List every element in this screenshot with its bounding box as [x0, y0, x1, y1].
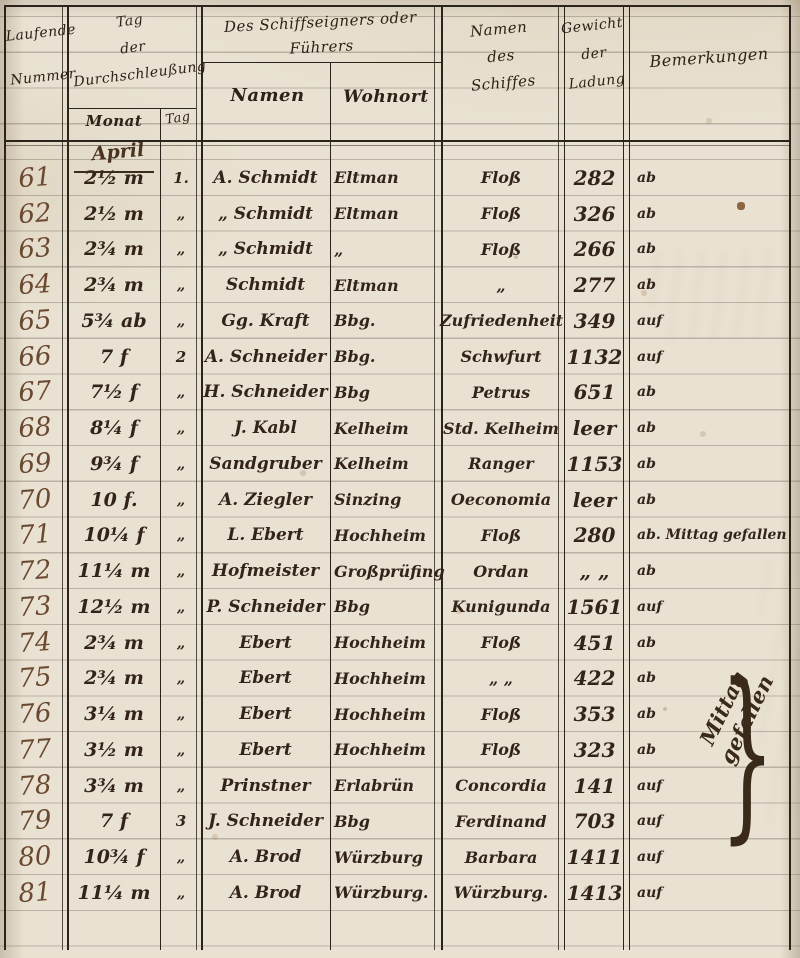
cargo-weight-cell: 651	[562, 380, 627, 404]
ship-name-cell: Floß	[440, 526, 562, 545]
time-cell: 10 f.	[65, 489, 163, 511]
day-cell: „	[163, 205, 199, 223]
table-row: 63 2¾ m „ „ Schmidt „ Floß 266 ab	[5, 232, 790, 268]
remark-cell: ab	[627, 420, 790, 436]
day-cell: „	[163, 705, 199, 723]
owner-name-cell: A. Schneider	[199, 347, 332, 367]
owner-name-cell: A. Brod	[199, 847, 332, 867]
header-bottom-line-2	[4, 145, 790, 146]
table-row: 71 10¼ f „ L. Ebert Hochheim Floß 280 ab…	[5, 518, 790, 554]
residence-cell: Würzburg.	[332, 883, 440, 902]
owner-name-cell: P. Schneider	[199, 597, 332, 617]
ship-name-cell: Std. Kelheim	[440, 419, 562, 438]
residence-cell: Kelheim	[332, 454, 440, 473]
owner-name-cell: Ebert	[199, 633, 332, 653]
residence-cell: Bbg	[332, 597, 440, 616]
column-line	[201, 5, 203, 950]
residence-cell: Eltman	[332, 204, 440, 223]
cargo-weight-cell: „ „	[562, 559, 627, 583]
row-number-cell: 67	[4, 375, 66, 409]
remark-cell: auf	[627, 885, 790, 901]
cargo-weight-cell: 277	[562, 273, 627, 297]
header-bottom-line	[4, 140, 790, 142]
cargo-weight-cell: 1132	[562, 345, 627, 369]
header-monat: Monat	[70, 112, 158, 130]
owner-name-cell: A. Ziegler	[199, 490, 332, 510]
table-row: 66 7 f 2 A. Schneider Bbg. Schwfurt 1132…	[5, 339, 790, 375]
column-line	[67, 5, 69, 950]
cargo-weight-cell: 349	[562, 309, 627, 333]
residence-cell: „	[332, 240, 440, 259]
owner-name-cell: Prinstner	[199, 776, 332, 796]
cargo-weight-cell: 282	[562, 166, 627, 190]
ship-name-cell: Concordia	[440, 776, 562, 795]
residence-cell: Hochheim	[332, 633, 440, 652]
table-rows: 61 2½ m 1. A. Schmidt Eltman Floß 282 ab…	[5, 160, 790, 911]
ship-name-cell: Floß	[440, 705, 562, 724]
residence-cell: Großprüfing	[332, 562, 440, 581]
table-border-top	[4, 5, 790, 7]
month-underline	[74, 171, 154, 173]
time-cell: 9¾ f	[65, 453, 163, 475]
row-number-cell: 74	[4, 626, 66, 660]
cargo-weight-cell: leer	[562, 488, 627, 512]
owner-name-cell: H. Schneider	[199, 382, 332, 402]
day-cell: „	[163, 634, 199, 652]
table-row: 75 2¾ m „ Ebert Hochheim „ „ 422 ab	[5, 661, 790, 697]
residence-cell: Sinzing	[332, 490, 440, 509]
ship-name-cell: Floß	[440, 204, 562, 223]
owner-group-underline	[201, 62, 441, 63]
row-number-cell: 79	[4, 804, 66, 838]
row-number-cell: 72	[4, 554, 66, 588]
remark-cell: ab	[627, 456, 790, 472]
row-number-cell: 75	[4, 661, 66, 695]
row-number-cell: 80	[4, 840, 66, 874]
table-row: 80 10¾ f „ A. Brod Würzburg Barbara 1411…	[5, 839, 790, 875]
day-cell: „	[163, 312, 199, 330]
residence-cell: Bbg.	[332, 347, 440, 366]
column-line-monat-tag	[160, 108, 161, 950]
ship-name-cell: „ „	[440, 669, 562, 688]
row-number-cell: 62	[4, 197, 66, 231]
table-row: 79 7 f 3 J. Schneider Bbg Ferdinand 703 …	[5, 804, 790, 840]
owner-name-cell: J. Schneider	[199, 811, 332, 831]
table-border-right	[789, 5, 791, 950]
residence-cell: Hochheim	[332, 669, 440, 688]
time-cell: 2½ m	[65, 203, 163, 225]
ship-name-cell: Floß	[440, 740, 562, 759]
paper-stains	[0, 0, 2, 2]
header-namen: Namen	[205, 85, 330, 106]
day-cell: „	[163, 455, 199, 473]
row-number-cell: 77	[4, 733, 66, 767]
column-line	[623, 5, 624, 950]
owner-name-cell: „ Schmidt	[199, 204, 332, 224]
header-wohnort: Wohnort	[334, 87, 438, 107]
remark-cell: ab	[627, 277, 790, 293]
owner-name-cell: Hofmeister	[199, 561, 332, 581]
table-row: 72 11¼ m „ Hofmeister Großprüfing Ordan …	[5, 553, 790, 589]
row-number-cell: 71	[4, 518, 66, 552]
time-cell: 2¾ m	[65, 274, 163, 296]
ship-name-cell: Ordan	[440, 562, 562, 581]
owner-name-cell: Ebert	[199, 668, 332, 688]
table-row: 76 3¼ m „ Ebert Hochheim Floß 353 ab	[5, 696, 790, 732]
residence-cell: Erlabrün	[332, 776, 440, 795]
day-cell: „	[163, 562, 199, 580]
time-cell: 8¼ f	[65, 417, 163, 439]
cargo-weight-cell: 1561	[562, 595, 627, 619]
time-cell: 11¼ m	[65, 560, 163, 582]
day-cell: „	[163, 526, 199, 544]
ship-name-cell: Petrus	[440, 383, 562, 402]
day-cell: 3	[163, 812, 199, 830]
remark-cell: auf	[627, 349, 790, 365]
time-cell: 2¾ m	[65, 238, 163, 260]
time-cell: 10¼ f	[65, 524, 163, 546]
row-number-cell: 76	[4, 697, 66, 731]
owner-name-cell: L. Ebert	[199, 525, 332, 545]
residence-cell: Eltman	[332, 168, 440, 187]
row-number-cell: 63	[4, 232, 66, 266]
residence-cell: Hochheim	[332, 705, 440, 724]
owner-name-cell: Ebert	[199, 740, 332, 760]
table-row: 62 2½ m „ „ Schmidt Eltman Floß 326 ab	[5, 196, 790, 232]
ledger-page: { "page": { "month_label": "April", "hea…	[0, 0, 800, 958]
row-number-cell: 73	[4, 590, 66, 624]
owner-name-cell: „ Schmidt	[199, 239, 332, 259]
remark-cell: ab	[627, 206, 790, 222]
header-namen-des-schiffes: Namen des Schiffes	[441, 11, 562, 102]
time-cell: 3¾ m	[65, 775, 163, 797]
table-row: 77 3½ m „ Ebert Hochheim Floß 323 ab	[5, 732, 790, 768]
ship-name-cell: Ranger	[440, 454, 562, 473]
time-cell: 5¾ ab	[65, 310, 163, 332]
cargo-weight-cell: 1413	[562, 881, 627, 905]
column-line	[629, 5, 630, 950]
ship-name-cell: Kunigunda	[440, 597, 562, 616]
time-cell: 11¼ m	[65, 882, 163, 904]
day-cell: „	[163, 884, 199, 902]
ship-name-cell: „	[440, 276, 562, 295]
row-number-cell: 69	[4, 447, 66, 481]
row-number-cell: 68	[4, 411, 66, 445]
remark-cell: auf	[627, 599, 790, 615]
owner-name-cell: Gg. Kraft	[199, 311, 332, 331]
day-cell: 1.	[163, 169, 199, 187]
column-line	[558, 5, 559, 950]
residence-cell: Hochheim	[332, 740, 440, 759]
row-number-cell: 70	[4, 483, 66, 517]
table-row: 69 9¾ f „ Sandgruber Kelheim Ranger 1153…	[5, 446, 790, 482]
time-cell: 7½ f	[65, 381, 163, 403]
row-number-cell: 81	[4, 876, 66, 910]
residence-cell: Bbg	[332, 812, 440, 831]
time-cell: 12½ m	[65, 596, 163, 618]
ship-name-cell: Floß	[440, 168, 562, 187]
remark-cell: ab	[627, 241, 790, 257]
ship-name-cell: Oeconomia	[440, 490, 562, 509]
cargo-weight-cell: 280	[562, 523, 627, 547]
residence-cell: Bbg.	[332, 311, 440, 330]
header-gewicht-der-ladung: Gewicht der Ladung	[560, 9, 628, 99]
margin-note-brace: }	[720, 648, 775, 863]
day-cell: „	[163, 383, 199, 401]
table-row: 81 11¼ m „ A. Brod Würzburg. Würzburg. 1…	[5, 875, 790, 911]
remark-cell: ab	[627, 563, 790, 579]
time-cell: 3¼ m	[65, 703, 163, 725]
owner-name-cell: J. Kabl	[199, 418, 332, 438]
day-cell: „	[163, 741, 199, 759]
remark-cell: ab	[627, 384, 790, 400]
ship-name-cell: Schwfurt	[440, 347, 562, 366]
owner-name-cell: A. Brod	[199, 883, 332, 903]
residence-cell: Bbg	[332, 383, 440, 402]
column-line	[441, 5, 443, 950]
table-row: 68 8¼ f „ J. Kabl Kelheim Std. Kelheim l…	[5, 410, 790, 446]
day-cell: „	[163, 777, 199, 795]
row-number-cell: 65	[4, 304, 66, 338]
column-line	[564, 5, 565, 950]
day-cell: „	[163, 669, 199, 687]
cargo-weight-cell: 1153	[562, 452, 627, 476]
time-cell: 2¾ m	[65, 632, 163, 654]
table-row: 64 2¾ m „ Schmidt Eltman „ 277 ab	[5, 267, 790, 303]
day-cell: „	[163, 240, 199, 258]
ship-name-cell: Barbara	[440, 848, 562, 867]
ship-name-cell: Zufriedenheit	[440, 311, 562, 330]
day-cell: „	[163, 419, 199, 437]
time-cell: 7 f	[65, 810, 163, 832]
table-row: 74 2¾ m „ Ebert Hochheim Floß 451 ab	[5, 625, 790, 661]
day-cell: „	[163, 848, 199, 866]
monat-tag-underline	[67, 108, 196, 109]
row-number-cell: 64	[4, 268, 66, 302]
column-line-namen-wohnort	[330, 62, 331, 950]
row-number-cell: 66	[4, 340, 66, 374]
table-border-left	[4, 5, 6, 950]
table-row: 78 3¾ m „ Prinstner Erlabrün Concordia 1…	[5, 768, 790, 804]
residence-cell: Eltman	[332, 276, 440, 295]
header-laufende-nummer: Laufende Nummer	[4, 9, 67, 102]
remark-cell: ab	[627, 170, 790, 186]
cargo-weight-cell: 422	[562, 666, 627, 690]
day-cell: „	[163, 598, 199, 616]
ship-name-cell: Würzburg.	[440, 883, 562, 902]
ship-name-cell: Ferdinand	[440, 812, 562, 831]
column-line	[434, 5, 435, 950]
day-cell: 2	[163, 348, 199, 366]
residence-cell: Hochheim	[332, 526, 440, 545]
row-number-cell: 61	[4, 161, 66, 195]
owner-name-cell: A. Schmidt	[199, 168, 332, 188]
residence-cell: Kelheim	[332, 419, 440, 438]
day-cell: „	[163, 276, 199, 294]
time-cell: 2¾ m	[65, 667, 163, 689]
cargo-weight-cell: 353	[562, 702, 627, 726]
remark-cell: ab	[627, 492, 790, 508]
residence-cell: Würzburg	[332, 848, 440, 867]
table-row: 61 2½ m 1. A. Schmidt Eltman Floß 282 ab	[5, 160, 790, 196]
day-cell: „	[163, 491, 199, 509]
cargo-weight-cell: leer	[562, 416, 627, 440]
owner-name-cell: Ebert	[199, 704, 332, 724]
ship-name-cell: Floß	[440, 240, 562, 259]
owner-name-cell: Sandgruber	[199, 454, 332, 474]
time-cell: 7 f	[65, 346, 163, 368]
cargo-weight-cell: 323	[562, 738, 627, 762]
table-row: 70 10 f. „ A. Ziegler Sinzing Oeconomia …	[5, 482, 790, 518]
remark-cell: auf	[627, 313, 790, 329]
cargo-weight-cell: 1411	[562, 845, 627, 869]
time-cell: 3½ m	[65, 739, 163, 761]
column-line	[62, 5, 63, 950]
table-row: 67 7½ f „ H. Schneider Bbg Petrus 651 ab	[5, 375, 790, 411]
remark-cell: ab. Mittag gefallen	[627, 527, 790, 543]
cargo-weight-cell: 266	[562, 237, 627, 261]
column-line	[196, 5, 197, 950]
cargo-weight-cell: 703	[562, 809, 627, 833]
cargo-weight-cell: 326	[562, 202, 627, 226]
table-row: 65 5¾ ab „ Gg. Kraft Bbg. Zufriedenheit …	[5, 303, 790, 339]
owner-name-cell: Schmidt	[199, 275, 332, 295]
header-tag-der-durchschleusung: Tag der Durchschleußung	[66, 1, 201, 97]
cargo-weight-cell: 141	[562, 774, 627, 798]
time-cell: 10¾ f	[65, 846, 163, 868]
ship-name-cell: Floß	[440, 633, 562, 652]
row-number-cell: 78	[4, 769, 66, 803]
table-row: 73 12½ m „ P. Schneider Bbg Kunigunda 15…	[5, 589, 790, 625]
cargo-weight-cell: 451	[562, 631, 627, 655]
